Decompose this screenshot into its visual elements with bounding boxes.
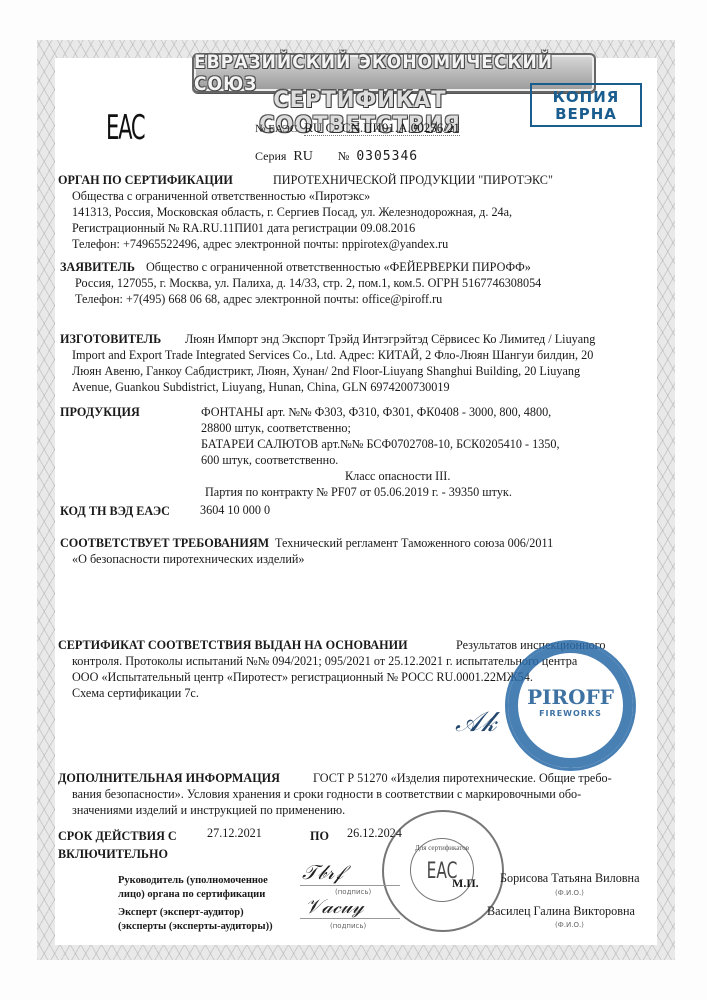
applicant-signature: 𝒜𝓀 [455, 705, 497, 739]
copy-certified-stamp: КОПИЯ ВЕРНА [530, 83, 642, 127]
validity-date-from: 27.12.2021 [207, 826, 262, 841]
manufacturer-label: ИЗГОТОВИТЕЛЬ [60, 332, 161, 347]
manufacturer-line4: Avenue, Guankou Subdistrict, Liuyang, Hu… [72, 380, 450, 395]
head-fio-caption: (Ф.И.О.) [555, 886, 584, 901]
blank-number-value: 0305346 [356, 149, 418, 164]
series-label: Серия [255, 149, 286, 163]
certificate-number: № ЕАЭС RU C- CN.ПИ01.А.00256/21 [255, 120, 460, 137]
series-line: Серия RU № 0305346 [255, 149, 418, 164]
manufacturer-line1: Люян Импорт энд Экспорт Трэйд Интэгрэйтэ… [185, 332, 595, 347]
basis-line2: контроля. Протоколы испытаний №№ 094/202… [72, 654, 577, 669]
applicant-label: ЗАЯВИТЕЛЬ [60, 260, 135, 275]
certification-body-line4: Регистрационный № RA.RU.11ПИ01 дата реги… [72, 221, 415, 236]
certification-body-line2: Общества с ограниченной ответственностью… [72, 189, 370, 204]
certification-body-line5: Телефон: +74965522496, адрес электронной… [72, 237, 448, 252]
requirements-line1: Технический регламент Таможенного союза … [275, 536, 553, 551]
batch-info: Партия по контракту № PF07 от 05.06.2019… [205, 485, 512, 500]
head-label-line1: Руководитель (уполномоченное [118, 873, 268, 888]
head-label-line2: лицо) органа по сертификации [118, 887, 265, 902]
additional-info-line3: значениями изделий и инструкцией по прим… [72, 803, 345, 818]
blank-number-label: № [338, 149, 349, 163]
additional-info-line1-tail: ГОСТ Р 51270 «Изделия пиротехнические. О… [313, 771, 612, 786]
seal-mark: М.П. [452, 876, 479, 891]
applicant-line1: Общество с ограниченной ответственностью… [146, 260, 531, 275]
products-line1: ФОНТАНЫ арт. №№ Ф303, Ф310, Ф301, ФК0408… [201, 405, 551, 420]
piroff-company-stamp: PIROFF FIREWORKS [505, 640, 636, 771]
products-line3: БАТАРЕИ САЛЮТОВ арт.№№ БСФ0702708-10, БС… [201, 437, 560, 452]
hazard-class: Класс опасности III. [345, 469, 450, 484]
seal-inner-ring: Для сертификатов EAC [410, 838, 474, 902]
expert-name: Василец Галина Викторовна [487, 904, 635, 919]
requirements-label: СООТВЕТСТВУЕТ ТРЕБОВАНИЯМ [60, 536, 269, 551]
manufacturer-line3: Люян Авеню, Ганкоу Сабдистрикт, Люян, Ху… [72, 364, 580, 379]
seal-top-text: Для сертификатов [411, 844, 473, 852]
tn-ved-label: КОД ТН ВЭД ЕАЭС [60, 504, 170, 519]
tn-ved-value: 3604 10 000 0 [200, 503, 270, 518]
requirements-line2: «О безопасности пиротехнических изделий» [72, 552, 305, 567]
certification-body-line3: 141313, Россия, Московская область, г. С… [72, 205, 512, 220]
basis-label: СЕРТИФИКАТ СООТВЕТСТВИЯ ВЫДАН НА ОСНОВАН… [58, 638, 408, 653]
validity-inclusive-label: ВКЛЮЧИТЕЛЬНО [58, 847, 168, 862]
products-label: ПРОДУКЦИЯ [60, 405, 140, 420]
products-line2: 28800 штук, соответственно; [201, 421, 351, 436]
expert-signature-caption: (подпись) [330, 919, 366, 934]
applicant-line2: Россия, 127055, г. Москва, ул. Палиха, д… [75, 276, 541, 291]
number-label: № ЕАЭС [255, 123, 297, 135]
certification-body-seal: Для сертификатов EAC [382, 810, 504, 932]
certification-body-line1: ПИРОТЕХНИЧЕСКОЙ ПРОДУКЦИИ "ПИРОТЭКС" [273, 173, 553, 188]
validity-from-label: СРОК ДЕЙСТВИЯ С [58, 829, 177, 844]
head-signature: 𝒯𝒷𝓇𝒻 [302, 860, 343, 884]
validity-to-label: ПО [310, 829, 329, 844]
piroff-stamp-sub: FIREWORKS [508, 709, 633, 718]
eac-logo-icon: EAC [106, 108, 144, 148]
piroff-stamp-name: PIROFF [508, 685, 633, 709]
expert-label-line1: Эксперт (эксперт-аудитор) [118, 905, 244, 920]
products-line4: 600 штук, соответственно. [201, 453, 338, 468]
series-value: RU [293, 149, 312, 164]
additional-info-line2: вания безопасности». Условия хранения и … [72, 787, 581, 802]
basis-line4: Схема сертификации 7с. [72, 686, 199, 701]
number-value: RU C- CN.ПИ01.А.00256/21 [304, 120, 460, 136]
manufacturer-line2: Import and Export Trade Integrated Servi… [72, 348, 593, 363]
basis-line3: ООО «Испытательный центр «Пиротест» реги… [72, 670, 533, 685]
head-name: Борисова Татьяна Виловна [500, 871, 639, 886]
additional-info-label: ДОПОЛНИТЕЛЬНАЯ ИНФОРМАЦИЯ [58, 771, 280, 786]
applicant-line3: Телефон: +7(495) 668 06 68, адрес электр… [75, 292, 442, 307]
certification-body-label: ОРГАН ПО СЕРТИФИКАЦИИ [58, 173, 233, 188]
copy-stamp-line2: ВЕРНА [532, 106, 640, 123]
expert-label-line2: (эксперты (эксперты-аудиторы)) [118, 919, 273, 934]
copy-stamp-line1: КОПИЯ [532, 89, 640, 106]
expert-signature: 𝒱𝒶𝒸𝓊𝓎 [305, 894, 364, 918]
expert-fio-caption: (Ф.И.О.) [555, 918, 584, 933]
